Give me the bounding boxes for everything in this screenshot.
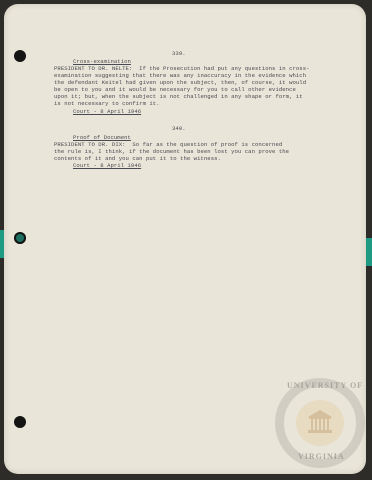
body-line: is not necessary to confirm it. [54, 100, 160, 107]
section-heading-proof-of-document: Proof of Document [73, 134, 131, 141]
backdrop-tab-right [366, 238, 372, 266]
punch-hole-top [14, 50, 26, 62]
body-line: contents of it and you can put it to the… [54, 155, 221, 162]
rotunda-icon [305, 408, 335, 434]
body-line: upon it; but, when the subject is not ch… [54, 93, 303, 100]
citation-court-date: Court - 8 April 1946 [73, 162, 141, 169]
body-line: be open to you and it would be necessary… [54, 86, 296, 93]
seal-text-bottom: VIRGINIA [298, 452, 345, 461]
page-number-339: 339. [172, 50, 186, 57]
page-number-340: 340. [172, 125, 186, 132]
body-line: examination suggesting that there was an… [54, 72, 306, 79]
body-line: the rule is, I think, if the document ha… [54, 148, 289, 155]
section-heading-cross-examination: Cross-examination [73, 58, 131, 65]
body-line: the defendant Keitel had given upon the … [54, 79, 306, 86]
body-line: PRESIDENT TO DR. DIX: So far as the ques… [54, 141, 282, 148]
punch-hole-middle [14, 232, 26, 244]
punch-hole-bottom [14, 416, 26, 428]
seal-text-top: UNIVERSITY OF [287, 381, 363, 390]
citation-court-date: Court - 8 April 1946 [73, 108, 141, 115]
body-line: PRESIDENT TO DR. NELTE: If the Prosecuti… [54, 65, 310, 72]
